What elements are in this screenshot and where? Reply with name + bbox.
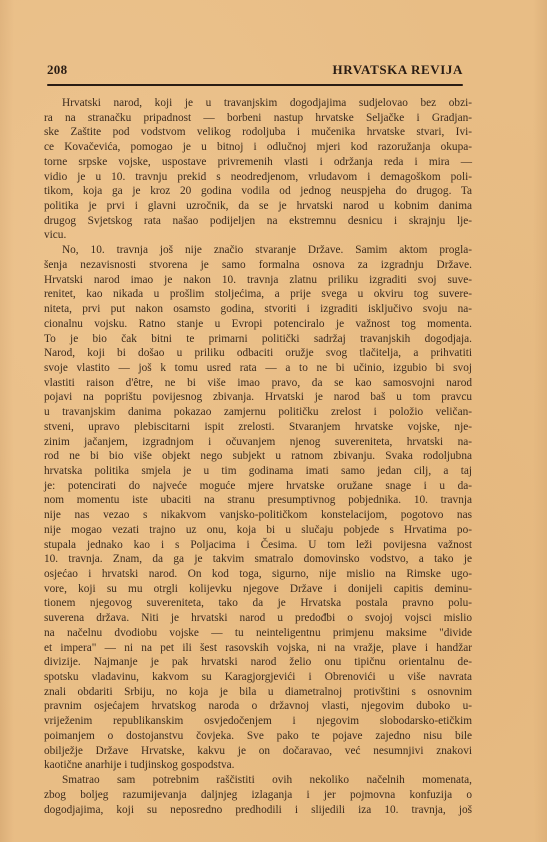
text-line: spotsku vladavinu, kakvom su Karagjorgje… (44, 670, 472, 685)
text-line: kaotične anarhije i tudjinskog gospodstv… (44, 758, 472, 773)
text-line: Narod, koji bi došao u priliku odbaciti … (44, 346, 472, 361)
text-line: No, 10. travnja još nije značio stvaranj… (44, 243, 472, 258)
article-body: Hrvatski narod, koji je u travanjskim do… (44, 96, 472, 817)
text-line: suverena država. Niti je hrvatski narod … (44, 611, 472, 626)
text-line: nom momentu iste ubaciti na stranu presu… (44, 493, 472, 508)
text-line: nije nas vezao s nikakvom vanjsko-politi… (44, 508, 472, 523)
text-line: vlastiti raison d'être, ne bi više imao … (44, 376, 472, 391)
text-line: Smatrao sam potrebnim raščistiti ovih ne… (44, 773, 472, 788)
text-line: To je bio čak bitni te primarni političk… (44, 332, 472, 347)
text-line: tionem njegovog suvereniteta, tako da je… (44, 596, 472, 611)
text-line: vore, koji su mu otrgli kolijevku njegov… (44, 582, 472, 597)
journal-title: HRVATSKA REVIJA (332, 62, 463, 78)
text-line: renitet, kao nikada u prošlim stoljećima… (44, 287, 472, 302)
paragraph: No, 10. travnja još nije značio stvaranj… (44, 243, 472, 773)
text-line: poimanjem o dostojanstvu čovjeka. Sve pa… (44, 729, 472, 744)
text-line: Hrvatski narod imao je nakon 10. travnja… (44, 273, 472, 288)
text-line: tikom, koja ga je kroz 20 godina vodila … (44, 184, 472, 199)
text-line: ske Zaštite pod vodstvom velikog rodolju… (44, 125, 472, 140)
text-line: vidio je u 10. travnju prekid s neodredj… (44, 170, 472, 185)
text-line: zbog boljeg razumijevanja daljnjeg izlag… (44, 788, 472, 803)
page-number: 208 (47, 62, 67, 78)
text-line: ce Kovačevića, pomogao je u bitnoj i odl… (44, 140, 472, 155)
text-line: osjećao i hrvatski narod. On kod toga, s… (44, 567, 472, 582)
text-line: pojavi na poprištu povijesnog zbivanja. … (44, 390, 472, 405)
text-line: divizije. Najmanje je pak hrvatski narod… (44, 655, 472, 670)
text-line: pravnim osjećajem hrvatskog naroda o drž… (44, 699, 472, 714)
text-line: Hrvatski narod, koji je u travanjskim do… (44, 96, 472, 111)
text-line: vicu. (44, 228, 472, 243)
text-line: u travanjskim danima pokazao zamjernu po… (44, 405, 472, 420)
text-line: ra na stranačku pripadnost — borbeni nas… (44, 111, 472, 126)
text-line: znali obdariti Srbiju, no koja je bila u… (44, 685, 472, 700)
text-line: stveni, upravo plebiscitarni ispit zrelo… (44, 420, 472, 435)
paragraph: Smatrao sam potrebnim raščistiti ovih ne… (44, 773, 472, 817)
text-line: hrvatska politika smjela je u tim godina… (44, 464, 472, 479)
text-line: drugog Svjetskog rata našao podijeljen n… (44, 214, 472, 229)
paragraph: Hrvatski narod, koji je u travanjskim do… (44, 96, 472, 243)
text-line: niteta, prvi put nakon osamsto godina, s… (44, 302, 472, 317)
text-line: šenja nezavisnosti stvorena je samo form… (44, 258, 472, 273)
text-line: vriježenim republikanskim osvjedočenjem … (44, 714, 472, 729)
text-line: obilježje Države Hrvatske, kakvu je on d… (44, 744, 472, 759)
text-line: na načelnu dvodiobu vojske — tu neinteli… (44, 626, 472, 641)
text-line: stupala jednako kao i s Poljacima i Česi… (44, 538, 472, 553)
running-header: 208 HRVATSKA REVIJA (47, 62, 463, 78)
text-line: torne srpske vojske, uspostave privremen… (44, 155, 472, 170)
text-line: svoje vlastito — još k tomu usred rata —… (44, 361, 472, 376)
text-line: cionalnu vojsku. Ratno stanje u Evropi p… (44, 317, 472, 332)
text-line: je: potencirati do najveće moguće mjere … (44, 479, 472, 494)
text-line: rod ne bi bio više objekt nego subjekt u… (44, 449, 472, 464)
text-line: zinim jačanjem, izgradnjom i očuvanjem n… (44, 435, 472, 450)
text-line: dogodjajima, koji su neposredno predhodi… (44, 803, 472, 818)
document-page: 208 HRVATSKA REVIJA Hrvatski narod, koji… (0, 0, 547, 842)
text-line: nije mogao vezati trajno uz onu, koja bi… (44, 523, 472, 538)
header-rule (47, 84, 463, 86)
text-line: et impera" — ni na pet ili šest rasovski… (44, 641, 472, 656)
text-line: politika je prvi i glavni uzročnik, da s… (44, 199, 472, 214)
text-line: 10. travnja. Znam, da ga je takvim smatr… (44, 552, 472, 567)
